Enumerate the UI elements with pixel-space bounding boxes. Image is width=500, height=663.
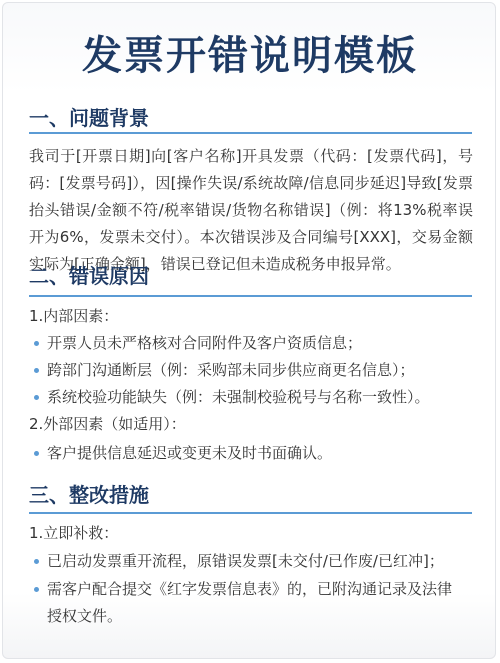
bullet-icon [34,451,39,456]
section-divider [29,512,472,514]
section-divider [29,132,472,134]
document-title: 发票开错说明模板 [0,28,500,84]
section-heading-measures: 三、整改措施 [29,481,471,509]
background-paragraph: 我司于[开票日期]向[客户名称]开具发票（代码：[发票代码]，号码：[发票号码]… [29,143,473,278]
subheading-immediate-remedy: 1.立即补救： [29,520,469,547]
bullet-icon [34,368,39,373]
list-item: 开票人员未严格核对合同附件及客户资质信息； [34,330,464,357]
list-item: 已启动发票重开流程，原错误发票[未交付/已作废/已红冲]； [34,548,464,575]
subheading-internal-factors: 1.内部因素： [29,303,469,330]
subheading-external-factors: 2.外部因素（如适用）： [29,411,469,438]
list-item: 系统校验功能缺失（例：未强制校验税号与名称一致性）。 [34,384,464,411]
section-heading-background: 一、问题背景 [29,104,471,132]
list-item: 需客户配合提交《红字发票信息表》的，已附沟通记录及法律授权文件。 [34,576,464,630]
section-heading-causes: 二、错误原因 [29,262,471,290]
bullet-icon [34,395,39,400]
bullet-icon [34,341,39,346]
bullet-icon [34,559,39,564]
bullet-icon [34,587,39,592]
section-divider [29,295,472,297]
list-item: 客户提供信息延迟或变更未及时书面确认。 [34,440,464,467]
list-item: 跨部门沟通断层（例：采购部未同步供应商更名信息）； [34,357,464,384]
